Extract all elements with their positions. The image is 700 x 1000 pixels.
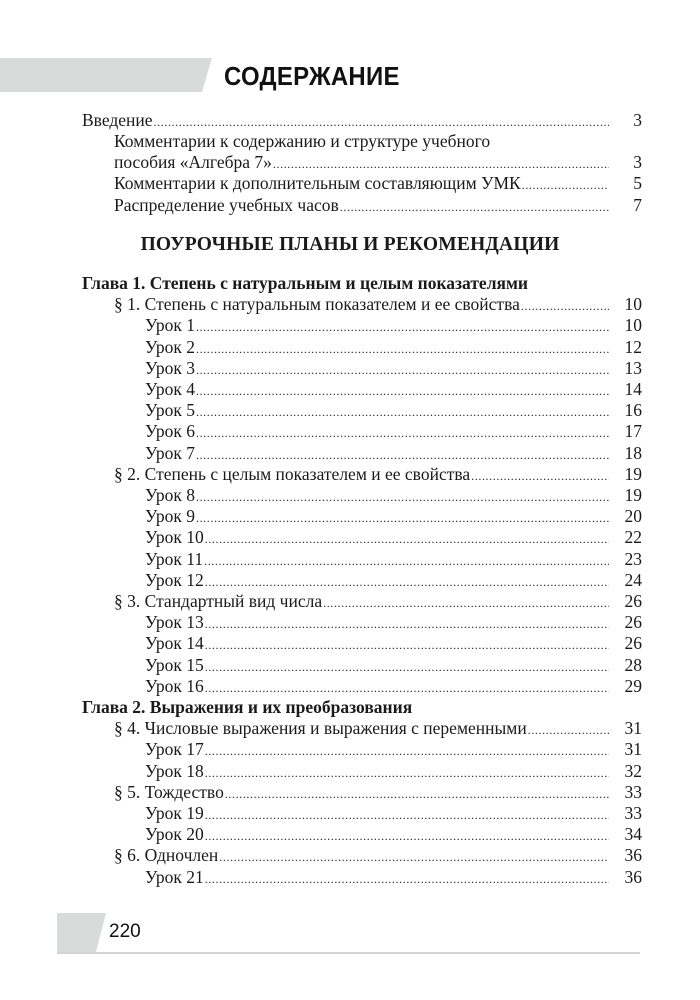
toc-section-entry[interactable]: пособия «Алгебра 7» bbox=[114, 152, 610, 173]
dot-leader bbox=[340, 197, 609, 218]
entry-page-number: 26 bbox=[625, 591, 643, 612]
entry-label: Урок 17 bbox=[145, 739, 204, 760]
toc-lesson-entry[interactable]: Урок 1 bbox=[145, 315, 610, 336]
dot-leader bbox=[205, 805, 609, 826]
entry-label: Урок 1 bbox=[145, 315, 195, 336]
dot-leader bbox=[522, 175, 609, 196]
entry-page-number: 26 bbox=[625, 612, 643, 633]
dot-leader bbox=[205, 678, 609, 699]
entry-page-number: 31 bbox=[625, 739, 643, 760]
entry-page-number: 7 bbox=[633, 195, 642, 216]
dot-leader bbox=[204, 551, 609, 572]
entry-page-number: 32 bbox=[625, 761, 643, 782]
entry-page-number: 23 bbox=[625, 549, 643, 570]
entry-label: Распределение учебных часов bbox=[114, 195, 339, 216]
dot-leader bbox=[205, 763, 609, 784]
entry-label: Урок 14 bbox=[145, 633, 204, 654]
entry-page-number: 19 bbox=[625, 464, 643, 485]
entry-label: Комментарии к дополнительным составляющи… bbox=[114, 173, 521, 194]
footer-decor-bar bbox=[57, 913, 106, 952]
entry-page-number: 3 bbox=[633, 152, 642, 173]
entry-label: пособия «Алгебра 7» bbox=[114, 152, 272, 173]
toc-lesson-entry[interactable]: Урок 14 bbox=[145, 633, 610, 654]
entry-page-number: 5 bbox=[633, 173, 642, 194]
entry-page-number: 13 bbox=[625, 358, 643, 379]
dot-leader bbox=[471, 466, 609, 487]
toc-section-entry[interactable]: § 4. Числовые выражения и выражения с пе… bbox=[114, 718, 610, 739]
entry-page-number: 17 bbox=[625, 421, 643, 442]
entry-label: § 4. Числовые выражения и выражения с пе… bbox=[114, 718, 527, 739]
entry-page-number: 16 bbox=[625, 400, 643, 421]
page-title: СОДЕРЖАНИЕ bbox=[224, 58, 400, 94]
entry-label: Урок 9 bbox=[145, 506, 195, 527]
dot-leader bbox=[205, 826, 609, 847]
entry-page-number: 20 bbox=[625, 506, 643, 527]
dot-leader bbox=[225, 784, 609, 805]
toc-lesson-entry[interactable]: Урок 9 bbox=[145, 506, 610, 527]
toc-section-entry[interactable]: Распределение учебных часов bbox=[114, 195, 610, 216]
page-number: 220 bbox=[109, 914, 141, 950]
entry-page-number: 33 bbox=[625, 803, 643, 824]
toc-lesson-entry[interactable]: Урок 18 bbox=[145, 761, 610, 782]
entry-label: § 2. Степень с целым показателем и ее св… bbox=[114, 464, 470, 485]
dot-leader bbox=[273, 154, 609, 175]
entry-label: Урок 11 bbox=[145, 549, 203, 570]
toc-lesson-entry[interactable]: Урок 15 bbox=[145, 655, 610, 676]
toc-lesson-entry[interactable]: Урок 19 bbox=[145, 803, 610, 824]
toc-lesson-entry[interactable]: Урок 3 bbox=[145, 358, 610, 379]
entry-page-number: 22 bbox=[625, 527, 643, 548]
toc-section-entry[interactable]: § 3. Стандартный вид числа bbox=[114, 591, 610, 612]
dot-leader bbox=[196, 360, 609, 381]
dot-leader bbox=[205, 657, 609, 678]
toc-lesson-entry[interactable]: Урок 20 bbox=[145, 824, 610, 845]
entry-label: Урок 10 bbox=[145, 527, 204, 548]
toc-section-entry[interactable]: Комментарии к содержанию и структуре уче… bbox=[114, 131, 610, 152]
entry-label: Урок 5 bbox=[145, 400, 195, 421]
entry-label: Урок 2 bbox=[145, 337, 195, 358]
toc-section-entry[interactable]: § 6. Одночлен bbox=[114, 845, 610, 866]
entry-label: § 1. Степень с натуральным показателем и… bbox=[114, 294, 520, 315]
entry-page-number: 24 bbox=[625, 570, 643, 591]
toc-lesson-entry[interactable]: Урок 7 bbox=[145, 443, 610, 464]
entry-page-number: 29 bbox=[625, 676, 643, 697]
entry-label: Урок 18 bbox=[145, 761, 204, 782]
entry-page-number: 10 bbox=[625, 315, 643, 336]
header-decor-bar bbox=[0, 58, 212, 92]
entry-page-number: 18 bbox=[625, 443, 643, 464]
toc-lesson-entry[interactable]: Урок 5 bbox=[145, 400, 610, 421]
entry-page-number: 14 bbox=[625, 379, 643, 400]
entry-page-number: 3 bbox=[633, 110, 642, 131]
entry-label: Урок 16 bbox=[145, 676, 204, 697]
dot-leader bbox=[205, 741, 609, 762]
toc-lesson-entry[interactable]: Урок 17 bbox=[145, 739, 610, 760]
entry-label: Урок 15 bbox=[145, 655, 204, 676]
toc-lesson-entry[interactable]: Урок 13 bbox=[145, 612, 610, 633]
entry-page-number: 12 bbox=[625, 337, 643, 358]
entry-page-number: 28 bbox=[625, 655, 643, 676]
toc-section-entry[interactable]: § 5. Тождество bbox=[114, 782, 610, 803]
dot-leader bbox=[205, 572, 609, 593]
toc-lesson-entry[interactable]: Урок 12 bbox=[145, 570, 610, 591]
entry-page-number: 34 bbox=[625, 824, 643, 845]
entry-label: Урок 3 bbox=[145, 358, 195, 379]
entry-label: Урок 4 bbox=[145, 379, 195, 400]
entry-label: Урок 12 bbox=[145, 570, 204, 591]
entry-label: Урок 8 bbox=[145, 485, 195, 506]
entry-label: Урок 6 bbox=[145, 421, 195, 442]
entry-page-number: 19 bbox=[625, 485, 643, 506]
dot-leader bbox=[219, 847, 609, 868]
dot-leader bbox=[205, 529, 609, 550]
entry-label: § 5. Тождество bbox=[114, 782, 224, 803]
toc-section-entry[interactable]: § 1. Степень с натуральным показателем и… bbox=[114, 294, 610, 315]
footer-rule bbox=[57, 952, 640, 954]
entry-label: § 3. Стандартный вид числа bbox=[114, 591, 322, 612]
toc-lesson-entry[interactable]: Урок 21 bbox=[145, 867, 610, 888]
dot-leader bbox=[205, 614, 609, 635]
dot-leader bbox=[154, 112, 609, 133]
toc-lesson-entry[interactable]: Урок 2 bbox=[145, 337, 610, 358]
entry-label: Введение bbox=[82, 110, 153, 131]
toc-entry[interactable]: Введение bbox=[82, 110, 610, 131]
dot-leader bbox=[196, 339, 609, 360]
entry-page-number: 33 bbox=[625, 782, 643, 803]
dot-leader bbox=[196, 487, 609, 508]
toc-lesson-entry[interactable]: Урок 6 bbox=[145, 421, 610, 442]
entry-page-number: 31 bbox=[625, 718, 643, 739]
dot-leader bbox=[196, 445, 609, 466]
dot-leader bbox=[196, 381, 609, 402]
entry-label: Урок 7 bbox=[145, 443, 195, 464]
dot-leader bbox=[196, 423, 609, 444]
chapter-heading[interactable]: Глава 1. Степень с натуральным и целым п… bbox=[82, 273, 528, 294]
dot-leader bbox=[196, 317, 609, 338]
dot-leader bbox=[196, 508, 609, 529]
toc-lesson-entry[interactable]: Урок 8 bbox=[145, 485, 610, 506]
entry-label: Урок 13 bbox=[145, 612, 204, 633]
entry-label: § 6. Одночлен bbox=[114, 845, 218, 866]
entry-page-number: 36 bbox=[625, 845, 643, 866]
dot-leader bbox=[196, 402, 609, 423]
toc-section-entry[interactable]: Комментарии к дополнительным составляющи… bbox=[114, 173, 610, 194]
entry-label: Урок 19 bbox=[145, 803, 204, 824]
toc-lesson-entry[interactable]: Урок 10 bbox=[145, 527, 610, 548]
dot-leader bbox=[205, 869, 609, 890]
toc-lesson-entry[interactable]: Урок 16 bbox=[145, 676, 610, 697]
dot-leader bbox=[528, 720, 609, 741]
chapter-heading[interactable]: Глава 2. Выражения и их преобразования bbox=[82, 697, 412, 718]
dot-leader bbox=[205, 635, 609, 656]
section-title: ПОУРОЧНЫЕ ПЛАНЫ И РЕКОМЕНДАЦИИ bbox=[0, 234, 700, 256]
entry-page-number: 36 bbox=[625, 867, 643, 888]
entry-label: Урок 21 bbox=[145, 867, 204, 888]
toc-lesson-entry[interactable]: Урок 4 bbox=[145, 379, 610, 400]
entry-page-number: 10 bbox=[625, 294, 643, 315]
entry-label: Комментарии к содержанию и структуре уче… bbox=[114, 131, 490, 152]
dot-leader bbox=[323, 593, 609, 614]
entry-label: Урок 20 bbox=[145, 824, 204, 845]
toc-lesson-entry[interactable]: Урок 11 bbox=[145, 549, 610, 570]
toc-section-entry[interactable]: § 2. Степень с целым показателем и ее св… bbox=[114, 464, 610, 485]
dot-leader bbox=[521, 296, 609, 317]
entry-page-number: 26 bbox=[625, 633, 643, 654]
